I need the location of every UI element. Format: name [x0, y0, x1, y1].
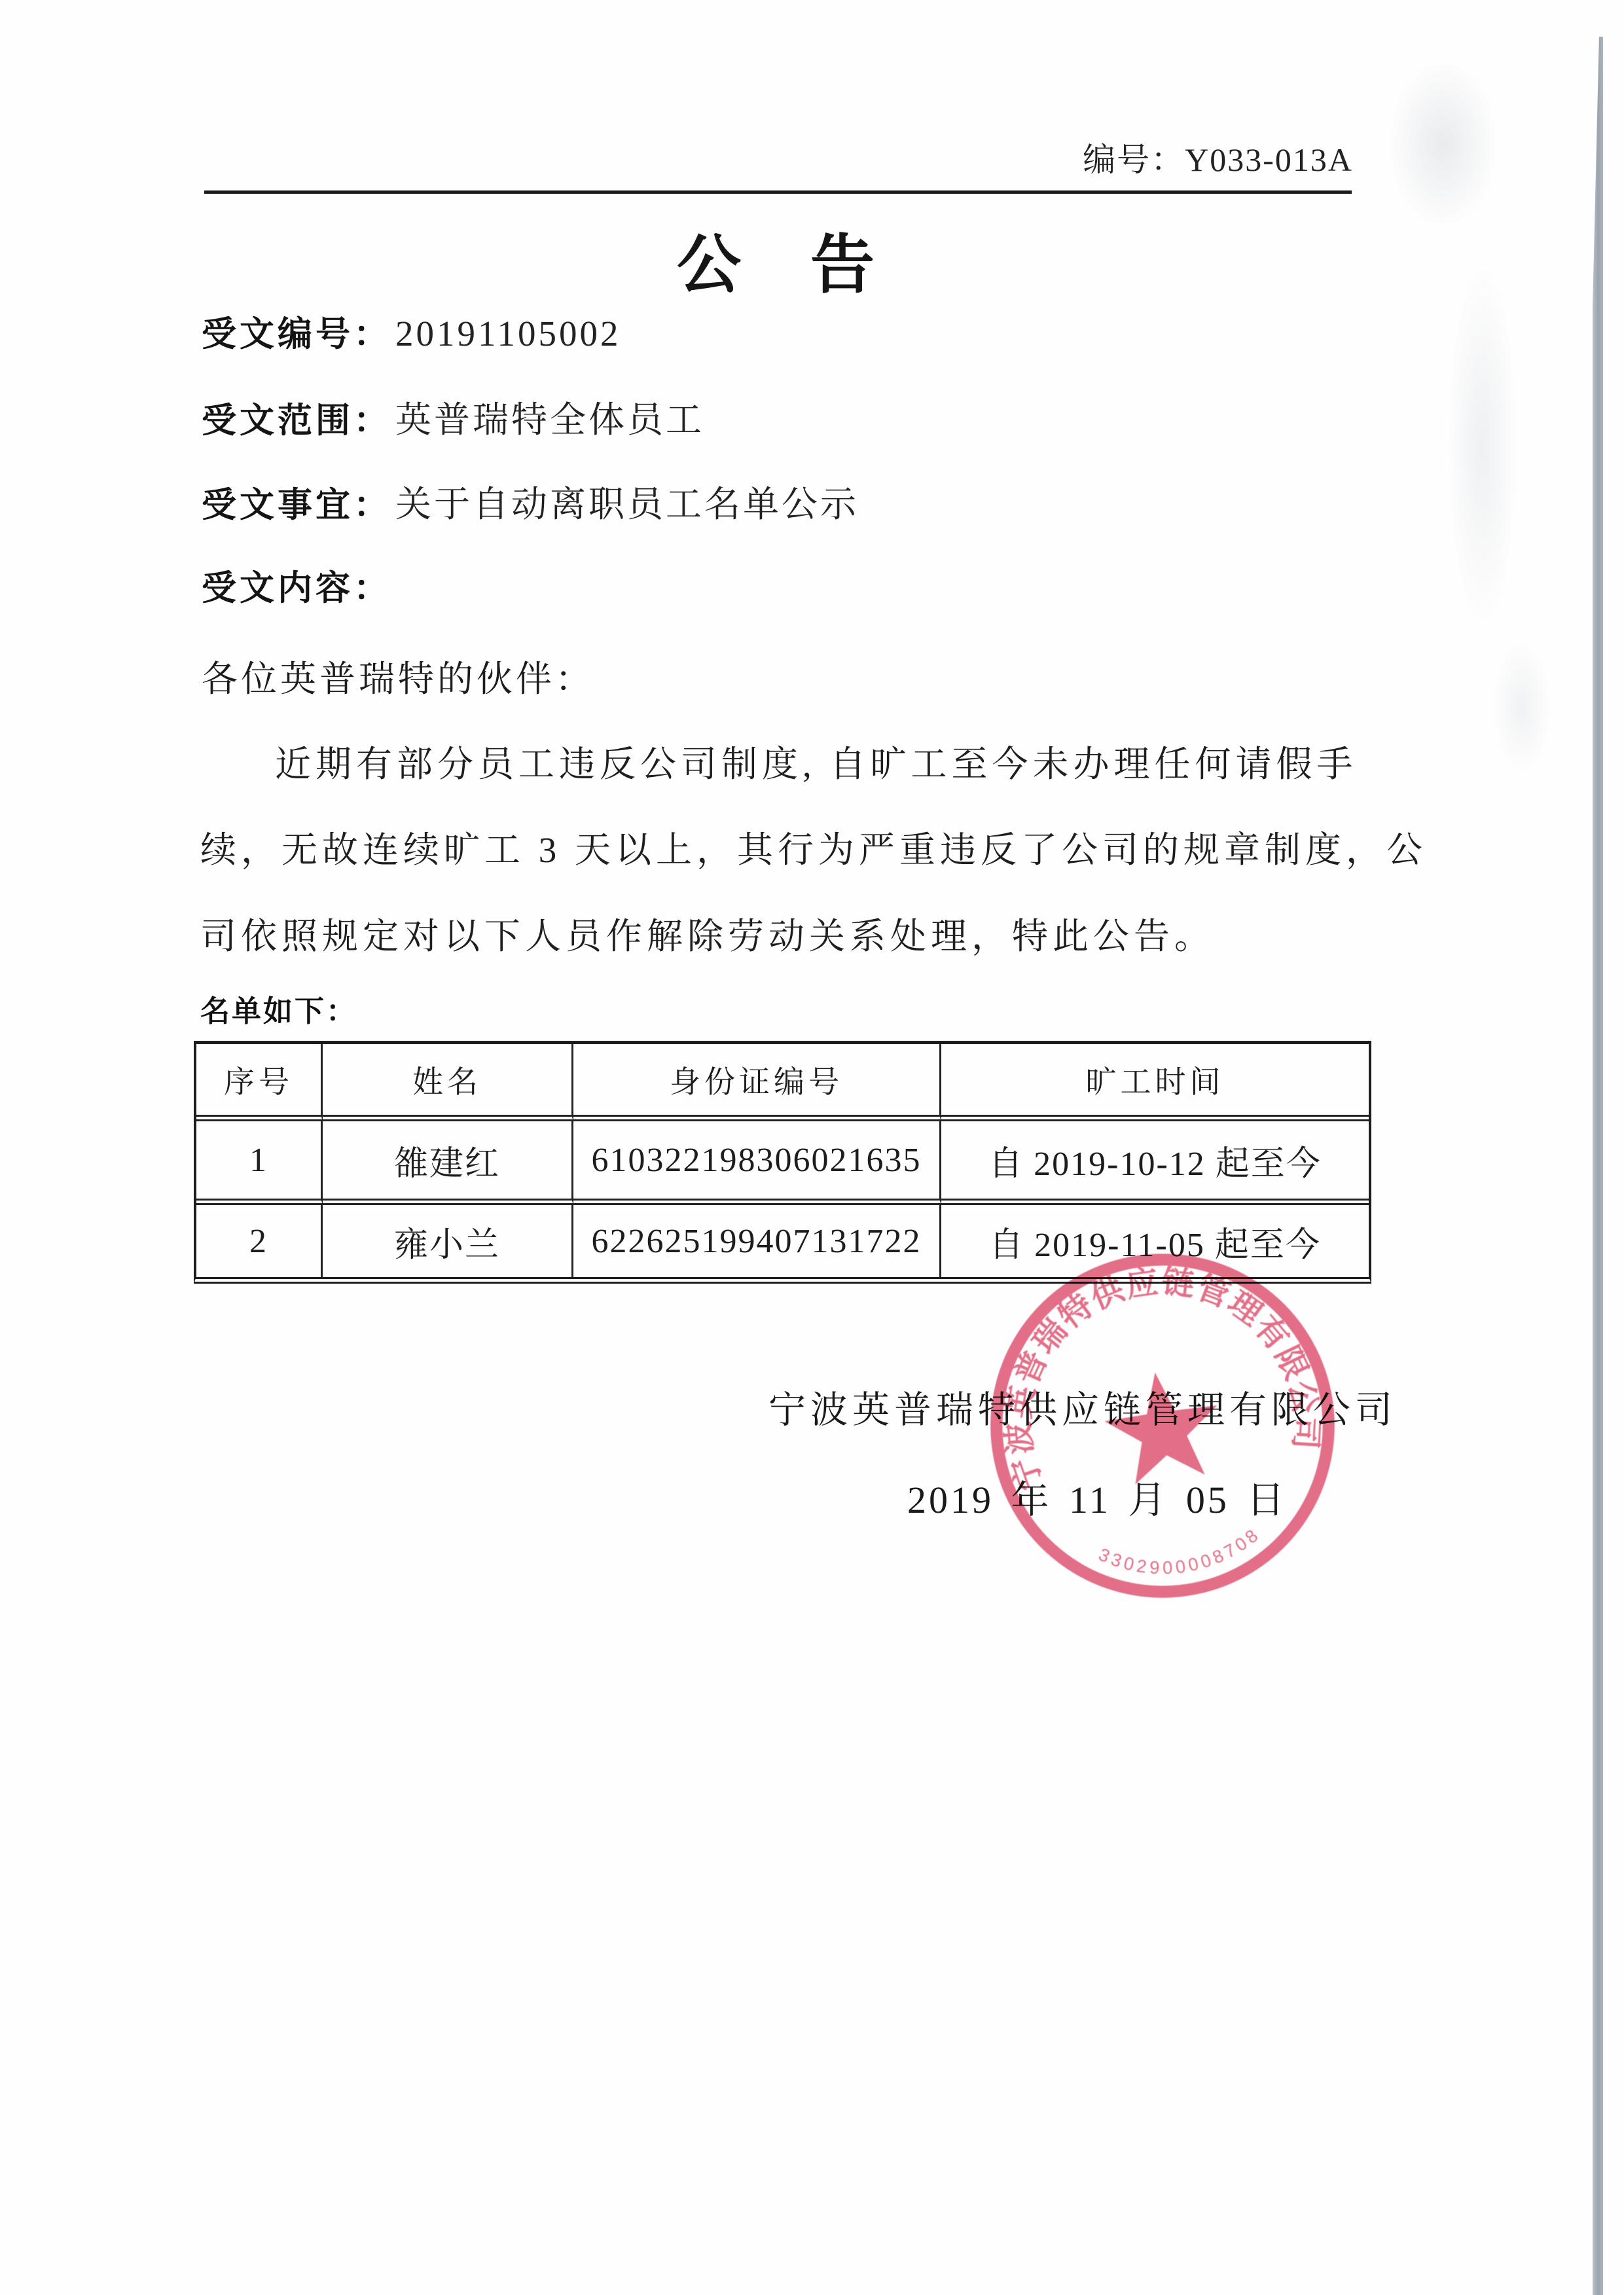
col-header-index: 序号: [196, 1044, 323, 1121]
col-header-name: 姓名: [323, 1044, 573, 1121]
body-line: 续，无故连续旷工 3 天以上，其行为严重违反了公司的规章制度，公: [200, 821, 1427, 873]
scan-smudge: [1388, 59, 1499, 229]
cell-name: 雒建红: [323, 1121, 573, 1205]
col-header-absence: 旷工时间: [941, 1044, 1369, 1121]
scanner-edge-stripe: [1593, 37, 1603, 2295]
field-value: 关于自动离职员工名单公示: [395, 484, 859, 524]
scan-smudge: [1492, 642, 1551, 772]
field-scope: 受文范围：英普瑞特全体员工: [202, 391, 704, 443]
field-label: 受文事宜：: [202, 486, 391, 524]
company-seal-stamp: 宁波英普瑞特供应链管理有限公司 3302900008708: [926, 1207, 1399, 1645]
field-content: 受文内容：: [202, 560, 395, 610]
greeting: 各位英普瑞特的伙伴：: [202, 650, 594, 702]
field-label: 受文编号：: [202, 315, 391, 353]
field-label: 受文内容：: [202, 569, 391, 607]
table-row: 1 雒建红 610322198306021635 自 2019-10-12 起至…: [196, 1121, 1369, 1205]
cell-id: 622625199407131722: [573, 1205, 941, 1277]
field-subject: 受文事宜：关于自动离职员工名单公示: [202, 475, 859, 527]
field-doc-number: 受文编号：20191105002: [202, 306, 621, 356]
body-line: 近期有部分员工违反公司制度, 自旷工至今未办理任何请假手: [275, 735, 1358, 787]
field-value: 20191105002: [395, 314, 621, 353]
cell-index: 2: [196, 1205, 323, 1277]
body-line: 司依照规定对以下人员作解除劳动关系处理，特此公告。: [200, 907, 1215, 959]
field-value: 英普瑞特全体员工: [395, 400, 704, 440]
cell-id: 610322198306021635: [573, 1121, 941, 1205]
cell-index: 1: [196, 1121, 323, 1205]
announcement-page: 编号：Y033-013A 公 告 受文编号：20191105002 受文范围：英…: [0, 0, 1624, 2295]
cell-name: 雍小兰: [323, 1205, 573, 1277]
header-rule: [204, 190, 1352, 194]
list-intro: 名单如下：: [200, 987, 357, 1030]
scan-smudge: [1447, 262, 1519, 628]
page-title: 公 告: [0, 213, 1554, 306]
table-header-row: 序号 姓名 身份证编号 旷工时间: [196, 1044, 1369, 1121]
col-header-id: 身份证编号: [573, 1044, 941, 1121]
seal-star-icon: [1099, 1365, 1227, 1488]
cell-absence: 自 2019-10-12 起至今: [941, 1121, 1369, 1205]
field-label: 受文范围：: [202, 401, 391, 440]
doc-code: 编号：Y033-013A: [1083, 134, 1353, 181]
